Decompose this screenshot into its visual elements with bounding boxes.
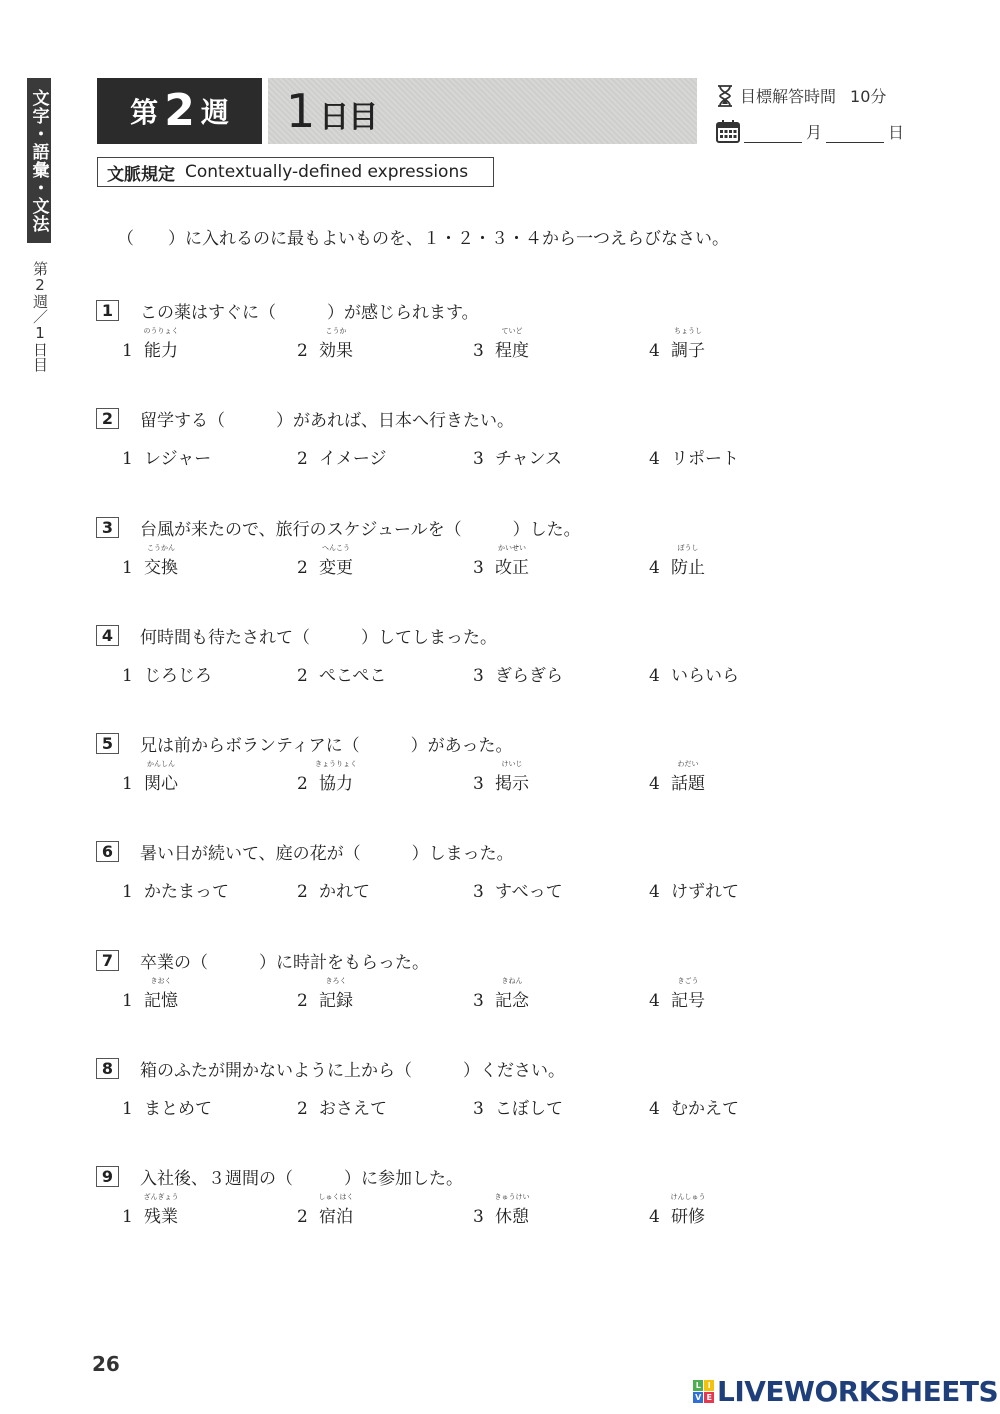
answer-option[interactable]: 4リポート: [649, 444, 739, 469]
option-furigana: しゅくはく: [319, 1192, 354, 1202]
question-text: 箱のふたが開かないように上から（ ）ください。: [140, 1056, 565, 1081]
question-text: 入社後、３週間の（ ）に参加した。: [140, 1164, 463, 1189]
option-furigana: のうりょく: [144, 326, 179, 336]
answer-option[interactable]: 4いらいら: [649, 661, 739, 686]
answer-option[interactable]: 1のうりょく能力: [122, 336, 178, 361]
answer-option[interactable]: 3ぎらぎら: [473, 661, 563, 686]
liveworksheets-logo: L I V E LIVEWORKSHEETS: [693, 1375, 998, 1408]
option-text: 調子: [671, 341, 705, 361]
answer-option[interactable]: 2きょうりょく協力: [297, 769, 353, 794]
option-furigana: きょうりょく: [315, 759, 357, 769]
option-text: 能力: [144, 341, 178, 361]
answer-option[interactable]: 2かれて: [297, 877, 370, 902]
page-number: 26: [92, 1352, 120, 1376]
answer-option[interactable]: 2しゅくはく宿泊: [297, 1202, 353, 1227]
option-furigana: かいせい: [498, 543, 526, 553]
answer-option[interactable]: 1まとめて: [122, 1094, 212, 1119]
option-number: 2: [297, 666, 319, 686]
option-furigana: きろく: [326, 976, 347, 986]
option-number: 3: [473, 449, 495, 469]
day-blank-field[interactable]: [826, 126, 884, 143]
option-number: 3: [473, 666, 495, 686]
option-text: ぺこぺこ: [319, 666, 386, 686]
option-number: 4: [649, 666, 671, 686]
option-text: 変更: [319, 558, 353, 578]
option-number: 1: [122, 882, 144, 902]
option-number: 4: [649, 449, 671, 469]
answer-option[interactable]: 2へんこう変更: [297, 553, 353, 578]
option-furigana: へんこう: [322, 543, 350, 553]
question-text: 台風が来たので、旅行のスケジュールを（ ）した。: [140, 515, 581, 540]
logo-tile: V: [693, 1392, 703, 1403]
question-text: 留学する（ ）があれば、日本へ行きたい。: [140, 406, 514, 431]
option-text: リポート: [671, 449, 739, 469]
option-furigana: ぼうし: [678, 543, 699, 553]
option-text: じろじろ: [144, 666, 212, 686]
logo-tiles-icon: L I V E: [693, 1380, 714, 1403]
date-entry: 月 日: [716, 119, 904, 143]
option-number: 2: [297, 774, 319, 794]
day-number: 1: [286, 88, 315, 134]
question-number: 4: [96, 625, 119, 646]
question-item: 6暑い日が続いて、庭の花が（ ）しまった。1かたまって2かれて3すべって4けずれ…: [96, 841, 796, 921]
option-text: 記憶: [144, 991, 178, 1011]
option-number: 3: [473, 1099, 495, 1119]
question-number: 6: [96, 841, 119, 862]
option-number: 2: [297, 341, 319, 361]
option-text: 交換: [144, 558, 178, 578]
option-text: かれて: [319, 882, 370, 902]
option-furigana: きゅうけい: [495, 1192, 530, 1202]
option-furigana: かんしん: [147, 759, 175, 769]
option-number: 4: [649, 991, 671, 1011]
option-text: まとめて: [144, 1099, 212, 1119]
week-number: 2: [164, 89, 195, 133]
answer-option[interactable]: 1かたまって: [122, 877, 229, 902]
answer-option[interactable]: 4けんしゅう研修: [649, 1202, 705, 1227]
target-time-value: 10分: [850, 84, 886, 107]
answer-option[interactable]: 4ちょうし調子: [649, 336, 705, 361]
question-item: 7卒業の（ ）に時計をもらった。1きおく記憶2きろく記録3きねん記念4きごう記号: [96, 950, 796, 1030]
option-number: 3: [473, 1207, 495, 1227]
question-item: 2留学する（ ）があれば、日本へ行きたい。1レジャー2イメージ3チャンス4リポー…: [96, 408, 796, 488]
option-number: 2: [297, 449, 319, 469]
option-number: 4: [649, 882, 671, 902]
question-item: 5兄は前からボランティアに（ ）があった。1かんしん関心2きょうりょく協力3けい…: [96, 733, 796, 813]
question-item: 8箱のふたが開かないように上から（ ）ください。1まとめて2おさえて3こぼして4…: [96, 1058, 796, 1138]
topic-label: 文脈規定 Contextually-defined expressions: [97, 157, 494, 187]
option-text: 防止: [671, 558, 705, 578]
calendar-icon: [716, 119, 740, 143]
option-furigana: きごう: [678, 976, 699, 986]
option-number: 1: [122, 1099, 144, 1119]
option-text: 研修: [671, 1207, 705, 1227]
week-prefix: 第: [130, 91, 158, 131]
option-text: こぼして: [495, 1099, 563, 1119]
answer-option[interactable]: 3チャンス: [473, 444, 562, 469]
answer-option[interactable]: 1こうかん交換: [122, 553, 178, 578]
answer-option[interactable]: 4ぼうし防止: [649, 553, 705, 578]
option-text: 宿泊: [319, 1207, 353, 1227]
option-furigana: ていど: [502, 326, 523, 336]
question-item: 3台風が来たので、旅行のスケジュールを（ ）した。1こうかん交換2へんこう変更3…: [96, 517, 796, 597]
option-text: 記録: [319, 991, 353, 1011]
option-furigana: ちょうし: [674, 326, 702, 336]
answer-option[interactable]: 3きゅうけい休憩: [473, 1202, 529, 1227]
option-number: 3: [473, 774, 495, 794]
option-number: 1: [122, 774, 144, 794]
option-furigana: こうかん: [147, 543, 175, 553]
answer-option[interactable]: 3きねん記念: [473, 986, 529, 1011]
question-item: 9入社後、３週間の（ ）に参加した。1ざんぎょう残業2しゅくはく宿泊3きゅうけい…: [96, 1166, 796, 1246]
option-number: 3: [473, 991, 495, 1011]
answer-option[interactable]: 2きろく記録: [297, 986, 353, 1011]
option-number: 1: [122, 1207, 144, 1227]
option-furigana: ざんぎょう: [144, 1192, 179, 1202]
option-text: 改正: [495, 558, 529, 578]
answer-option[interactable]: 2イメージ: [297, 444, 387, 469]
option-number: 1: [122, 449, 144, 469]
option-furigana: きおく: [151, 976, 172, 986]
option-text: 話題: [671, 774, 705, 794]
question-number: 8: [96, 1058, 119, 1079]
target-time: 目標解答時間 10分: [716, 84, 886, 107]
question-text: 暑い日が続いて、庭の花が（ ）しまった。: [140, 839, 514, 864]
topic-en: Contextually-defined expressions: [185, 162, 468, 182]
option-number: 4: [649, 558, 671, 578]
answer-option[interactable]: 1かんしん関心: [122, 769, 178, 794]
question-text: 兄は前からボランティアに（ ）があった。: [140, 731, 512, 756]
question-number: 3: [96, 517, 119, 538]
option-text: 掲示: [495, 774, 529, 794]
logo-tile: E: [704, 1392, 714, 1403]
answer-option[interactable]: 3けいじ掲示: [473, 769, 529, 794]
option-number: 1: [122, 991, 144, 1011]
option-text: けずれて: [671, 882, 739, 902]
option-furigana: こうか: [326, 326, 347, 336]
option-text: おさえて: [319, 1099, 387, 1119]
question-item: 1この薬はすぐに（ ）が感じられます。1のうりょく能力2こうか効果3ていど程度4…: [96, 300, 796, 380]
option-number: 2: [297, 558, 319, 578]
question-text: 卒業の（ ）に時計をもらった。: [140, 948, 429, 973]
option-text: 記念: [495, 991, 529, 1011]
month-blank-field[interactable]: [744, 126, 802, 143]
question-number: 9: [96, 1166, 119, 1187]
instruction-text: （ ）に入れるのに最もよいものを、１・２・３・４から一つえらびなさい。: [117, 224, 729, 249]
option-number: 4: [649, 774, 671, 794]
topic-jp: 文脈規定: [107, 160, 175, 185]
option-furigana: わだい: [678, 759, 699, 769]
answer-option[interactable]: 1レジャー: [122, 444, 211, 469]
question-number: 7: [96, 950, 119, 971]
option-text: 効果: [319, 341, 353, 361]
question-number: 2: [96, 408, 119, 429]
option-text: 記号: [671, 991, 705, 1011]
logo-text: LIVEWORKSHEETS: [717, 1375, 998, 1408]
option-number: 3: [473, 341, 495, 361]
answer-option[interactable]: 3かいせい改正: [473, 553, 529, 578]
question-text: 何時間も待たされて（ ）してしまった。: [140, 623, 497, 648]
week-suffix: 週: [201, 91, 229, 131]
question-item: 4何時間も待たされて（ ）してしまった。1じろじろ2ぺこぺこ3ぎらぎら4いらいら: [96, 625, 796, 705]
answer-option[interactable]: 1じろじろ: [122, 661, 212, 686]
option-number: 4: [649, 1099, 671, 1119]
option-furigana: きねん: [502, 976, 523, 986]
option-text: 関心: [144, 774, 178, 794]
option-text: イメージ: [319, 449, 387, 469]
answer-option[interactable]: 2こうか効果: [297, 336, 353, 361]
day-heading: 1 日目: [268, 78, 697, 144]
option-text: むかえて: [671, 1099, 739, 1119]
logo-tile: I: [704, 1380, 714, 1391]
answer-option[interactable]: 1ざんぎょう残業: [122, 1202, 178, 1227]
question-number: 5: [96, 733, 119, 754]
option-text: すべって: [495, 882, 563, 902]
answer-option[interactable]: 2おさえて: [297, 1094, 387, 1119]
month-label: 月: [806, 120, 822, 143]
day-label: 日: [888, 120, 904, 143]
option-text: かたまって: [144, 882, 229, 902]
logo-tile: L: [693, 1380, 703, 1391]
option-number: 2: [297, 1099, 319, 1119]
option-number: 1: [122, 341, 144, 361]
option-text: 協力: [319, 774, 353, 794]
option-number: 2: [297, 882, 319, 902]
option-number: 2: [297, 1207, 319, 1227]
option-number: 4: [649, 1207, 671, 1227]
option-text: 程度: [495, 341, 529, 361]
hourglass-icon: [716, 85, 734, 107]
week-heading: 第 2 週: [97, 78, 262, 144]
answer-option[interactable]: 2ぺこぺこ: [297, 661, 386, 686]
answer-option[interactable]: 4むかえて: [649, 1094, 739, 1119]
question-text: この薬はすぐに（ ）が感じられます。: [140, 298, 479, 323]
option-text: 休憩: [495, 1207, 529, 1227]
section-side-tab: 文字・語彙・文法: [27, 78, 51, 243]
answer-option[interactable]: 4きごう記号: [649, 986, 705, 1011]
option-number: 4: [649, 341, 671, 361]
option-furigana: けいじ: [502, 759, 523, 769]
answer-option[interactable]: 4わだい話題: [649, 769, 705, 794]
week-day-side-label: 第2週／1日目: [27, 256, 51, 376]
option-text: チャンス: [495, 449, 562, 469]
question-number: 1: [96, 300, 119, 321]
answer-option[interactable]: 3こぼして: [473, 1094, 563, 1119]
option-number: 3: [473, 882, 495, 902]
option-text: いらいら: [671, 666, 739, 686]
option-text: レジャー: [144, 449, 211, 469]
day-suffix: 日目: [319, 92, 377, 136]
option-text: 残業: [144, 1207, 178, 1227]
option-number: 1: [122, 666, 144, 686]
option-text: ぎらぎら: [495, 666, 563, 686]
option-number: 1: [122, 558, 144, 578]
answer-option[interactable]: 4けずれて: [649, 877, 739, 902]
answer-option[interactable]: 3ていど程度: [473, 336, 529, 361]
answer-option[interactable]: 1きおく記憶: [122, 986, 178, 1011]
option-number: 3: [473, 558, 495, 578]
answer-option[interactable]: 3すべって: [473, 877, 563, 902]
option-number: 2: [297, 991, 319, 1011]
option-furigana: けんしゅう: [671, 1192, 706, 1202]
target-time-label: 目標解答時間: [740, 84, 836, 107]
